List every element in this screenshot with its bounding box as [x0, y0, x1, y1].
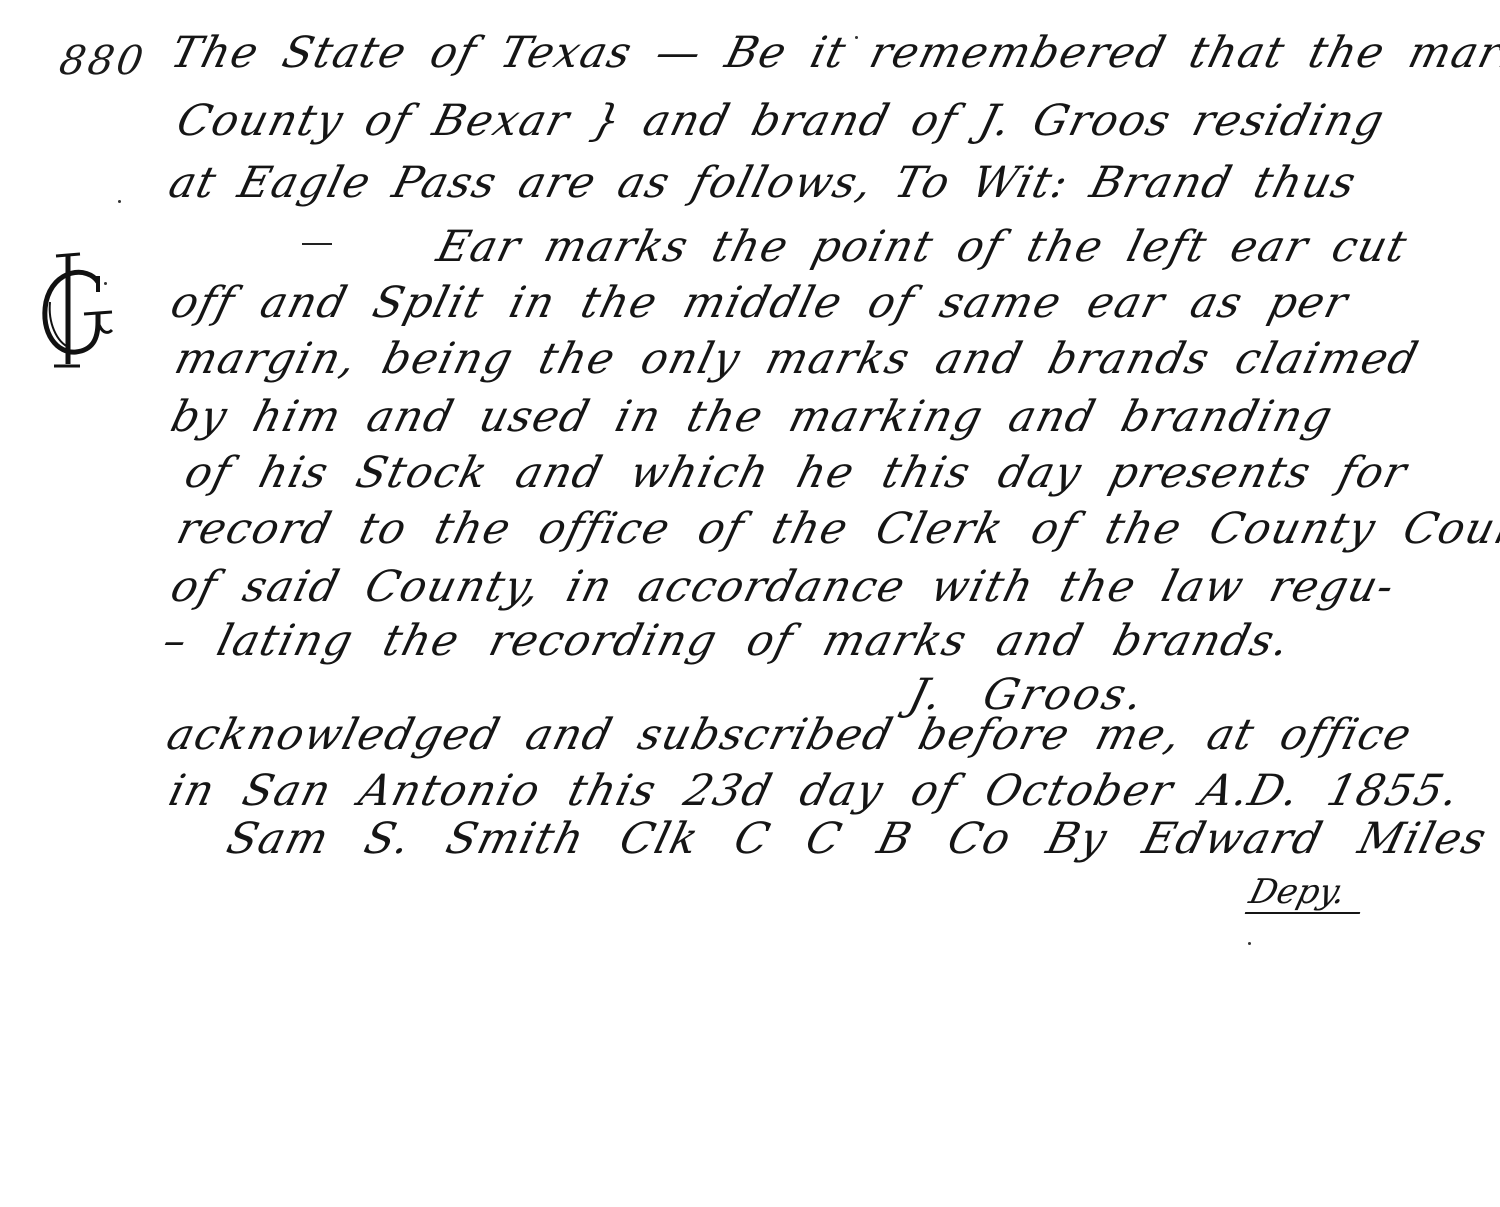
deputy-label: Depy. — [1245, 872, 1370, 914]
scan-speck — [118, 200, 121, 203]
text-line: at Eagle Pass are as follows, To Wit: Br… — [165, 162, 1361, 205]
text-line: record to the office of the Clerk of the… — [173, 508, 1500, 551]
text-line: off and Split in the middle of same ear … — [167, 282, 1353, 325]
text-line: County of Bexar } and brand of J. Groos … — [173, 100, 1389, 143]
record-number: 880 — [56, 38, 149, 84]
text-line: – lating the recording of marks and bran… — [159, 620, 1295, 663]
text-line: of said County, in accordance with the l… — [167, 566, 1400, 609]
brand-mark-icon — [36, 242, 116, 377]
text-line: Ear marks the point of the left ear cut — [433, 226, 1412, 269]
text-line: The State of Texas — Be it remembered th… — [167, 32, 1500, 75]
scan-speck — [1248, 942, 1251, 945]
acknowledgment-line: acknowledged and subscribed before me, a… — [163, 714, 1417, 757]
text-line: by him and used in the marking and brand… — [167, 396, 1338, 439]
ear-mark-symbol — [302, 243, 332, 245]
text-line: of his Stock and which he this day prese… — [181, 452, 1412, 495]
document-page: 880 The State of Texas — Be it remembere… — [0, 0, 1500, 1207]
scan-speck — [104, 282, 107, 285]
text-line: margin, being the only marks and brands … — [171, 338, 1423, 381]
scan-speck — [855, 36, 858, 39]
acknowledgment-line: in San Antonio this 23d day of October A… — [165, 770, 1464, 813]
clerk-signature-line: Sam S. Smith Clk C C B Co By Edward Mile… — [223, 818, 1492, 861]
